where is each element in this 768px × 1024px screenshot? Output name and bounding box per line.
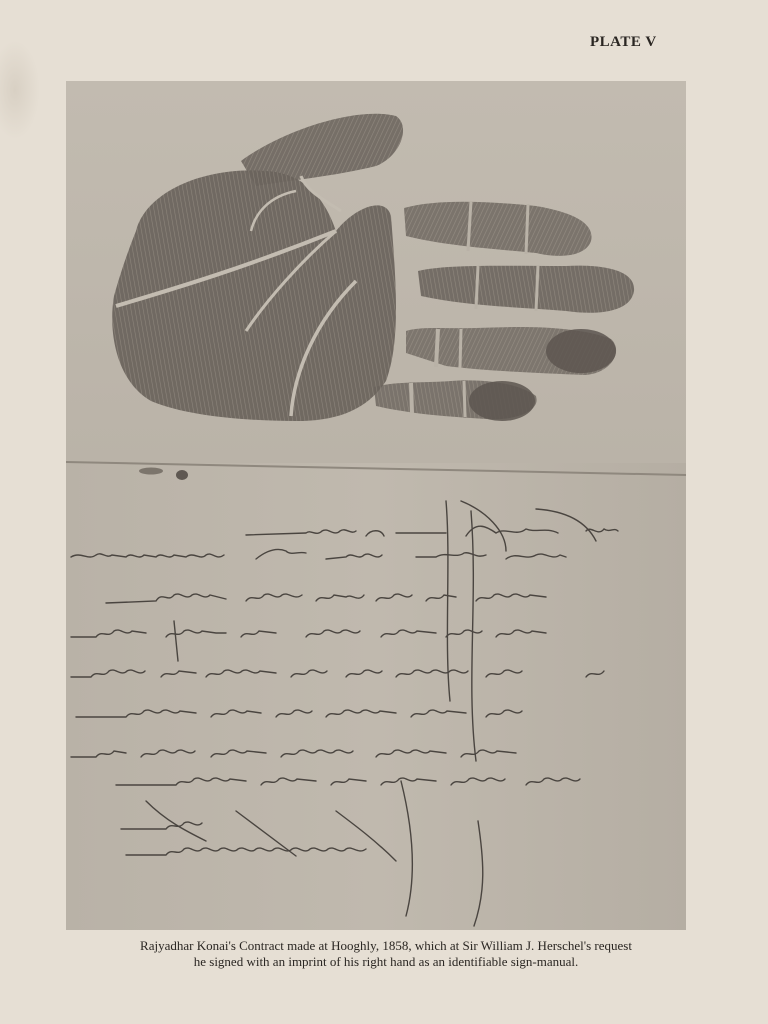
ink-blot — [139, 468, 163, 475]
page-stain — [0, 40, 40, 140]
lower-sheet — [66, 463, 686, 930]
contract-illustration — [66, 81, 686, 930]
caption-line-1: Rajyadhar Konai's Contract made at Hoogh… — [60, 938, 712, 954]
caption-line-2: he signed with an imprint of his right h… — [60, 954, 712, 970]
plate-label: PLATE V — [590, 34, 657, 51]
contract-photograph — [66, 81, 686, 930]
figure-caption: Rajyadhar Konai's Contract made at Hoogh… — [60, 938, 712, 970]
ink-blot — [176, 470, 188, 480]
